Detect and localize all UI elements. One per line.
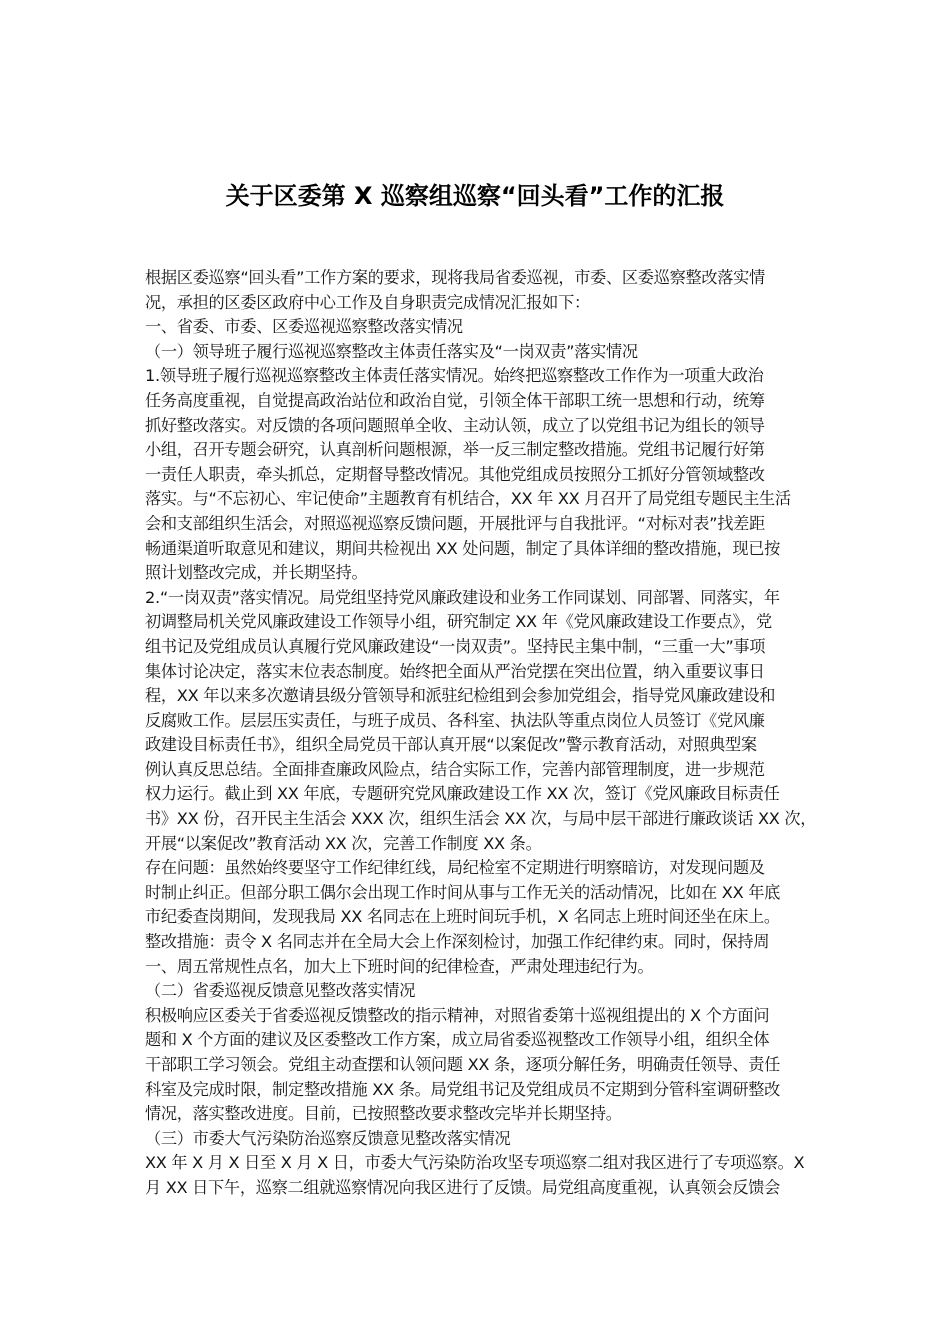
- subsection-heading-2: （二）省委巡视反馈意见整改落实情况: [145, 979, 825, 1004]
- paragraph-line: 题和 X 个方面的建议及区委整改工作方案，成立局省委巡视整改工作领导小组，组织全…: [145, 1028, 825, 1053]
- paragraph-line: 情况，落实整改进度。目前，已按照整改要求整改完毕并长期坚持。: [145, 1102, 825, 1127]
- document-body: 根据区委巡察“回头看”工作方案的要求，现将我局省委巡视，市委、区委巡察整改落实情…: [145, 266, 825, 1201]
- paragraph-line: 时制止纠正。但部分职工偶尔会出现工作时间从事与工作无关的活动情况，比如在 XX …: [145, 881, 825, 906]
- paragraph-line: 反腐败工作。层层压实责任，与班子成员、各科室、执法队等重点岗位人员签订《党风廉: [145, 709, 825, 734]
- paragraph-line: 干部职工学习领会。党组主动查摆和认领问题 XX 条，逐项分解任务，明确责任领导、…: [145, 1053, 825, 1078]
- document-title: 关于区委第 X 巡察组巡察“回头看”工作的汇报: [0, 178, 950, 214]
- paragraph-line: 市纪委查岗期间，发现我局 XX 名同志在上班时间玩手机，X 名同志上班时间还坐在…: [145, 905, 825, 930]
- paragraph-line: 积极响应区委关于省委巡视反馈整改的指示精神，对照省委第十巡视组提出的 X 个方面…: [145, 1004, 825, 1029]
- paragraph-line: 组书记及党组成员认真履行党风廉政建设“一岗双责”。坚持民主集中制，“三重一大”事…: [145, 635, 825, 660]
- paragraph-line: 集体讨论决定，落实末位表态制度。始终把全面从严治党摆在突出位置，纳入重要议事日: [145, 660, 825, 685]
- paragraph-line: 权力运行。截止到 XX 年底，专题研究党风廉政建设工作 XX 次，签订《党风廉政…: [145, 782, 825, 807]
- paragraph-line: 开展“以案促改”教育活动 XX 次，完善工作制度 XX 条。: [145, 832, 825, 857]
- paragraph-line: 任务高度重视，自觉提高政治站位和政治自觉，引领全体干部职工统一思想和行动，统筹: [145, 389, 825, 414]
- paragraph-line: 月 XX 日下午，巡察二组就巡察情况向我区进行了反馈。局党组高度重视，认真领会反…: [145, 1176, 825, 1201]
- paragraph-line: 程，XX 年以来多次邀请县级分管领导和派驻纪检组到会参加党组会，指导党风廉政建设…: [145, 684, 825, 709]
- paragraph-line: 存在问题：虽然始终要坚守工作纪律红线，局纪检室不定期进行明察暗访，对发现问题及: [145, 856, 825, 881]
- document-page: 关于区委第 X 巡察组巡察“回头看”工作的汇报 根据区委巡察“回头看”工作方案的…: [0, 0, 950, 1344]
- paragraph-line: 1.领导班子履行巡视巡察整改主体责任落实情况。始终把巡察整改工作作为一项重大政治: [145, 364, 825, 389]
- paragraph-line: 会和支部组织生活会，对照巡视巡察反馈问题，开展批评与自我批评。“对标对表”找差距: [145, 512, 825, 537]
- paragraph-line: 抓好整改落实。对反馈的各项问题照单全收、主动认领，成立了以党组书记为组长的领导: [145, 414, 825, 439]
- paragraph-line: 2.“一岗双责”落实情况。局党组坚持党风廉政建设和业务工作同谋划、同部署、同落实…: [145, 586, 825, 611]
- intro-line: 况，承担的区委区政府中心工作及自身职责完成情况汇报如下：: [145, 291, 825, 316]
- paragraph-line: 照计划整改完成，并长期坚持。: [145, 561, 825, 586]
- paragraph-line: 整改措施：责令 X 名同志并在全局大会上作深刻检讨，加强工作纪律约束。同时，保持…: [145, 930, 825, 955]
- intro-line: 根据区委巡察“回头看”工作方案的要求，现将我局省委巡视，市委、区委巡察整改落实情: [145, 266, 825, 291]
- paragraph-line: 政建设目标责任书》，组织全局党员干部认真开展“以案促改”警示教育活动，对照典型案: [145, 733, 825, 758]
- subsection-heading-1: （一）领导班子履行巡视巡察整改主体责任落实及“一岗双责”落实情况: [145, 340, 825, 365]
- paragraph-line: 小组，召开专题会研究，认真剖析问题根源，举一反三制定整改措施。党组书记履行好第: [145, 438, 825, 463]
- paragraph-line: 一责任人职责，牵头抓总，定期督导整改情况。其他党组成员按照分工抓好分管领域整改: [145, 463, 825, 488]
- paragraph-line: 一、周五常规性点名，加大上下班时间的纪律检查，严肃处理违纪行为。: [145, 955, 825, 980]
- paragraph-line: 畅通渠道听取意见和建议，期间共检视出 XX 处问题，制定了具体详细的整改措施，现…: [145, 537, 825, 562]
- paragraph-line: 科室及完成时限，制定整改措施 XX 条。局党组书记及党组成员不定期到分管科室调研…: [145, 1078, 825, 1103]
- paragraph-line: 落实。与“不忘初心、牢记使命”主题教育有机结合，XX 年 XX 月召开了局党组专…: [145, 487, 825, 512]
- paragraph-line: XX 年 X 月 X 日至 X 月 X 日，市委大气污染防治攻坚专项巡察二组对我…: [145, 1151, 825, 1176]
- paragraph-line: 书》XX 份，召开民主生活会 XXX 次，组织生活会 XX 次，与局中层干部进行…: [145, 807, 825, 832]
- subsection-heading-3: （三）市委大气污染防治巡察反馈意见整改落实情况: [145, 1127, 825, 1152]
- paragraph-line: 例认真反思总结。全面排查廉政风险点，结合实际工作，完善内部管理制度，进一步规范: [145, 758, 825, 783]
- paragraph-line: 初调整局机关党风廉政建设工作领导小组，研究制定 XX 年《党风廉政建设工作要点》…: [145, 610, 825, 635]
- section-heading-1: 一、省委、市委、区委巡视巡察整改落实情况: [145, 315, 825, 340]
